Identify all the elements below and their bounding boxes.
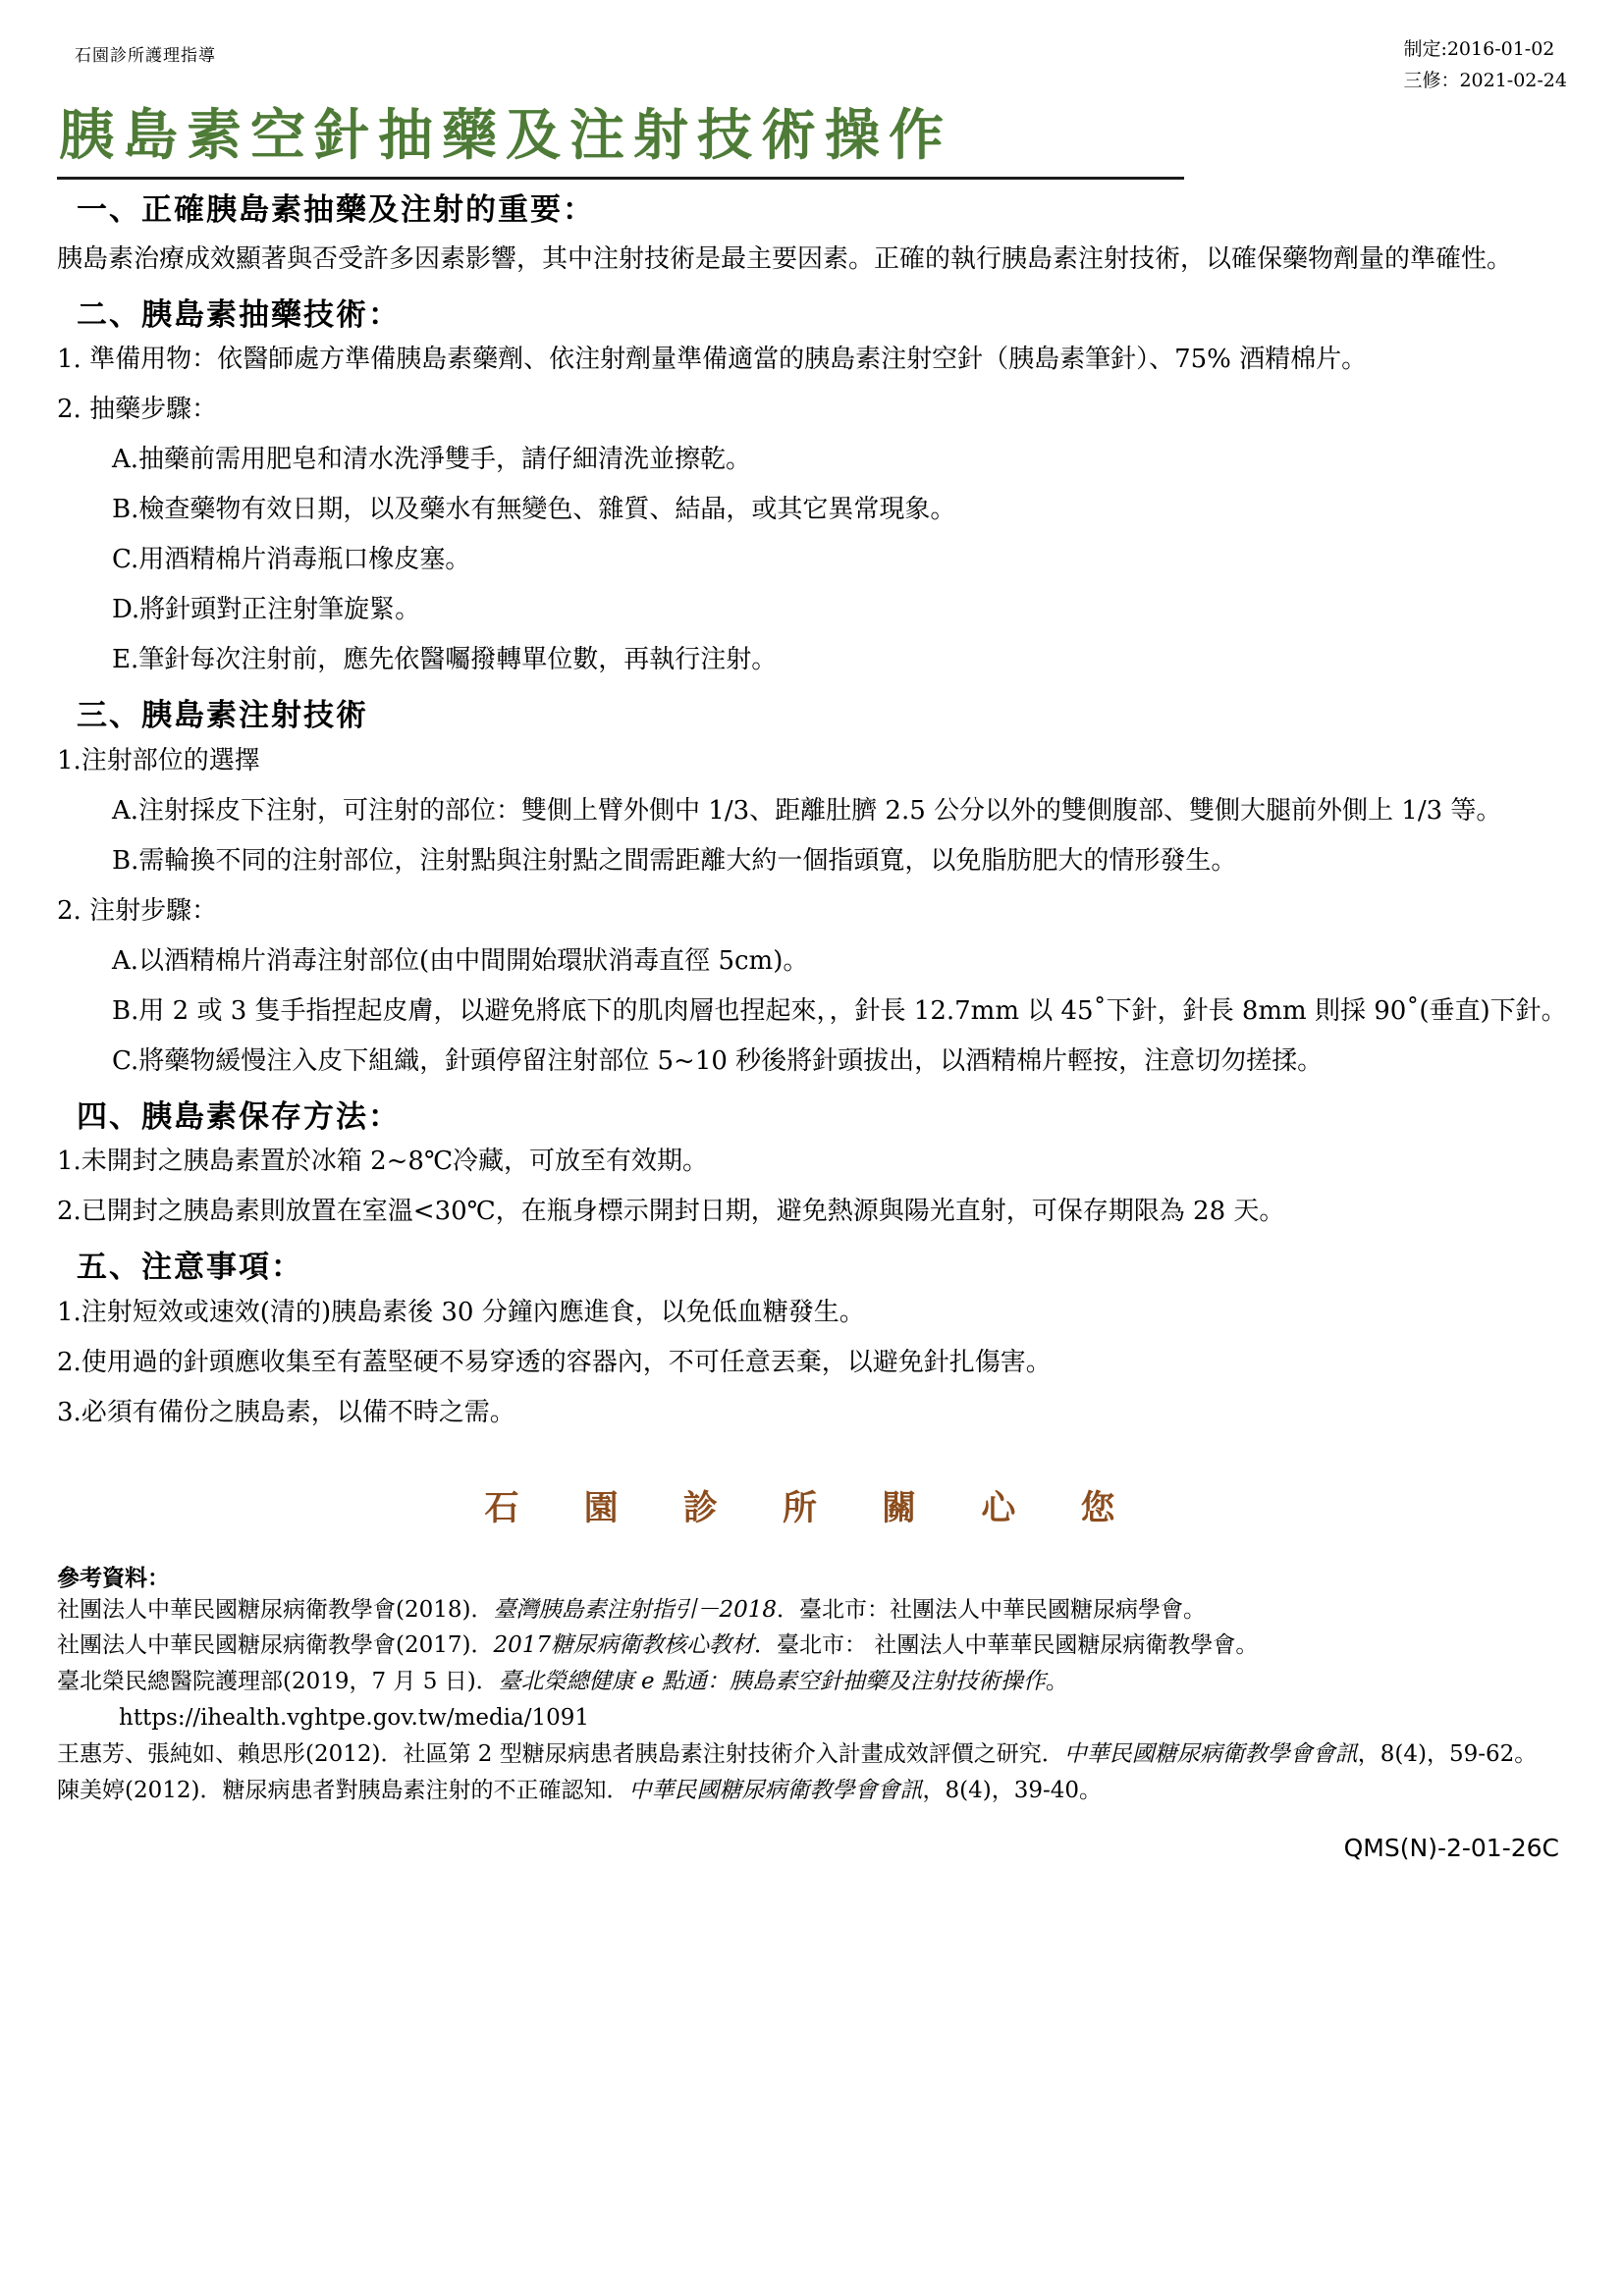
revision-block: 制定:2016-01-02 三修：2021-02-24 bbox=[1403, 33, 1567, 97]
title-underline bbox=[57, 177, 1184, 180]
reference-text: 社團法人中華民國糖尿病衛教學會(2018)． bbox=[57, 1597, 493, 1623]
reference-item: 社團法人中華民國糖尿病衛教學會(2018)．臺灣胰島素注射指引－2018．臺北市… bbox=[57, 1592, 1569, 1629]
section-2-heading: 二、胰島素抽藥技術： bbox=[77, 296, 1569, 336]
references-heading: 參考資料： bbox=[57, 1560, 1569, 1592]
closing-message: 石 園 診 所 關 心 您 bbox=[57, 1481, 1569, 1530]
section-4-heading: 四、胰島素保存方法： bbox=[77, 1098, 1569, 1138]
sub-list-item: B.需輪換不同的注射部位，注射點與注射點之間需距離大約一個指頭寬，以免脂肪肥大的… bbox=[112, 836, 1569, 886]
sub-list-item: B.檢查藥物有效日期，以及藥水有無變色、雜質、結晶，或其它異常現象。 bbox=[112, 485, 1569, 535]
reference-text: ．臺北市：社團法人中華民國糖尿病學會。 bbox=[777, 1597, 1206, 1623]
sub-list-item: A.注射採皮下注射，可注射的部位：雙側上臂外側中 1/3、距離肚臍 2.5 公分… bbox=[112, 786, 1569, 836]
reference-url: https://ihealth.vghtpe.gov.tw/media/1091 bbox=[57, 1700, 1569, 1736]
reference-item: 陳美婷(2012)．糖尿病患者對胰島素注射的不正確認知．中華民國糖尿病衛教學會會… bbox=[57, 1773, 1569, 1809]
references-list: 社團法人中華民國糖尿病衛教學會(2018)．臺灣胰島素注射指引－2018．臺北市… bbox=[57, 1592, 1569, 1809]
sub-list-item: C.將藥物緩慢注入皮下組織，針頭停留注射部位 5~10 秒後將針頭拔出，以酒精棉… bbox=[112, 1037, 1569, 1087]
sub-list-item: A.以酒精棉片消毒注射部位(由中間開始環狀消毒直徑 5cm)。 bbox=[112, 936, 1569, 987]
reference-title: 中華民國糖尿病衛教學會會訊 bbox=[1064, 1741, 1358, 1767]
reference-text: 陳美婷(2012)．糖尿病患者對胰島素注射的不正確認知． bbox=[57, 1778, 628, 1803]
list-item: 2.使用過的針頭應收集至有蓋堅硬不易穿透的容器內，不可任意丟棄，以避免針扎傷害。 bbox=[57, 1338, 1569, 1388]
reference-item: 臺北榮民總醫院護理部(2019，7 月 5 日)．臺北榮總健康 e 點通：胰島素… bbox=[57, 1664, 1569, 1700]
reference-text: ，8(4)，39-40。 bbox=[922, 1778, 1102, 1803]
reference-title: 臺灣胰島素注射指引－2018 bbox=[493, 1597, 777, 1623]
sub-list-item: D.將針頭對正注射筆旋緊。 bbox=[112, 585, 1569, 635]
reference-item: 王惠芳、張純如、賴思彤(2012)．社區第 2 型糖尿病患者胰島素注射技術介入計… bbox=[57, 1736, 1569, 1773]
list-item: 1.注射部位的選擇 bbox=[57, 736, 1569, 786]
section-5-heading: 五、注意事項： bbox=[77, 1249, 1569, 1288]
reference-text: 。 bbox=[1046, 1669, 1068, 1694]
reference-text: 社團法人中華民國糖尿病衛教學會(2017)． bbox=[57, 1632, 493, 1658]
sub-list-item: B.用 2 或 3 隻手指捏起皮膚，以避免將底下的肌肉層也捏起來，，針長 12.… bbox=[112, 987, 1569, 1037]
reference-text: ，8(4)，59-62。 bbox=[1358, 1741, 1538, 1767]
reference-title: 中華民國糖尿病衛教學會會訊 bbox=[628, 1778, 922, 1803]
list-item: 2. 注射步驟： bbox=[57, 886, 1569, 936]
list-item: 3.必須有備份之胰島素，以備不時之需。 bbox=[57, 1388, 1569, 1438]
header-doc-label: 石園診所護理指導 bbox=[75, 33, 216, 66]
list-item: 2.已開封之胰島素則放置在室溫<30℃，在瓶身標示開封日期，避免熱源與陽光直射，… bbox=[57, 1187, 1569, 1237]
reference-item: 社團法人中華民國糖尿病衛教學會(2017)．2017糖尿病衛教核心教材．臺北市：… bbox=[57, 1628, 1569, 1664]
established-date: 制定:2016-01-02 bbox=[1403, 33, 1567, 65]
reference-title: 2017糖尿病衛教核心教材 bbox=[493, 1632, 754, 1658]
page-title: 胰島素空針抽藥及注射技術操作 bbox=[59, 99, 1569, 174]
reference-text: 王惠芳、張純如、賴思彤(2012)．社區第 2 型糖尿病患者胰島素注射技術介入計… bbox=[57, 1741, 1064, 1767]
sub-list-item: C.用酒精棉片消毒瓶口橡皮塞。 bbox=[112, 535, 1569, 585]
section-1-paragraph: 胰島素治療成效顯著與否受許多因素影響，其中注射技術是最主要因素。正確的執行胰島素… bbox=[57, 235, 1569, 285]
reference-text: 臺北榮民總醫院護理部(2019，7 月 5 日)． bbox=[57, 1669, 499, 1694]
list-item: 1. 準備用物：依醫師處方準備胰島素藥劑、依注射劑量準備適當的胰島素注射空針（胰… bbox=[57, 335, 1569, 385]
section-1-heading: 一、正確胰島素抽藥及注射的重要： bbox=[77, 191, 1569, 231]
sub-list-item: A.抽藥前需用肥皂和清水洗淨雙手，請仔細清洗並擦乾。 bbox=[112, 435, 1569, 485]
sub-list-item: E.筆針每次注射前，應先依醫囑撥轉單位數，再執行注射。 bbox=[112, 635, 1569, 685]
reference-title: 臺北榮總健康 e 點通：胰島素空針抽藥及注射技術操作 bbox=[499, 1669, 1046, 1694]
list-item: 1.未開封之胰島素置於冰箱 2~8℃冷藏，可放至有效期。 bbox=[57, 1137, 1569, 1187]
document-page: 石園診所護理指導 制定:2016-01-02 三修：2021-02-24 胰島素… bbox=[0, 0, 1624, 2296]
footer-doc-code: QMS(N)-2-01-26C bbox=[57, 1834, 1569, 1862]
list-item: 2. 抽藥步驟： bbox=[57, 385, 1569, 435]
section-3-heading: 三、胰島素注射技術 bbox=[77, 697, 1569, 736]
page-header: 石園診所護理指導 制定:2016-01-02 三修：2021-02-24 bbox=[57, 33, 1569, 97]
reference-text: ．臺北市： 社團法人中華華民國糖尿病衛教學會。 bbox=[754, 1632, 1258, 1658]
list-item: 1.注射短效或速效(清的)胰島素後 30 分鐘內應進食，以免低血糖發生。 bbox=[57, 1288, 1569, 1338]
revised-date: 三修：2021-02-24 bbox=[1403, 65, 1567, 96]
